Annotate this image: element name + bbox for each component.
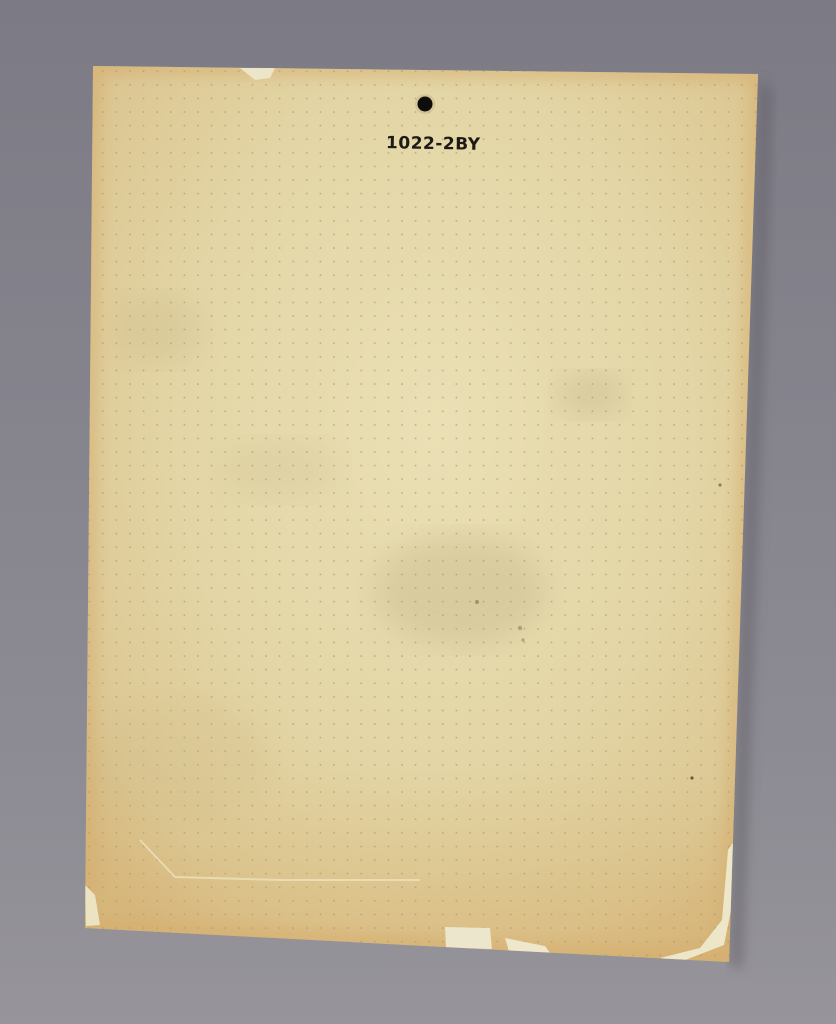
inventory-label: 1022-2BY xyxy=(386,133,481,155)
stain xyxy=(115,295,205,365)
hole-icon xyxy=(418,97,433,112)
stain xyxy=(90,700,270,820)
stain xyxy=(220,440,340,500)
stain xyxy=(555,373,625,417)
torn-patch xyxy=(445,927,492,949)
